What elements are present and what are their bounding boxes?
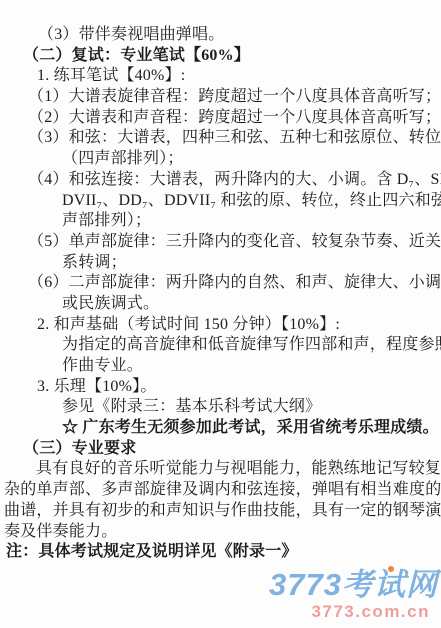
text-line: 声部排列）；	[0, 211, 441, 232]
text-line: 系转调；	[0, 253, 441, 274]
text-line: （二）复试：专业笔试【60%】	[0, 46, 441, 67]
document-page: （3）带伴奏视唱曲弹唱。（二）复试：专业笔试【60%】1. 练耳笔试【40%】:…	[0, 0, 441, 628]
text-line: （四声部排列）；	[0, 149, 441, 170]
watermark-dot-icon	[388, 566, 394, 572]
text-line: （6）二声部旋律：两升降内的自然、和声、旋律大、小调	[0, 273, 441, 294]
text-line: 为指定的高音旋律和低音旋律写作四部和声，程度参照	[0, 335, 441, 356]
text-line: 具有良好的音乐听觉能力与视唱能力，能熟练地记写较复	[0, 459, 441, 480]
text-line: （4）和弦连接：大谱表，两升降内的大、小调。含 D₇、SII₇、	[0, 170, 441, 191]
watermark-site-url: 3773.com.cn	[269, 603, 430, 620]
text-line: 杂的单声部、多声部旋律及调内和弦连接，弹唱有相当难度的	[0, 480, 441, 501]
text-line: （5）单声部旋律：三升降内的变化音、较复杂节奏、近关	[0, 232, 441, 253]
text-line: 2. 和声基础（考试时间 150 分钟）【10%】:	[0, 315, 441, 336]
text-line: 曲谱，并具有初步的和声知识与作曲技能，具有一定的钢琴演	[0, 501, 441, 522]
text-line: 或民族调式。	[0, 294, 441, 315]
text-line: 1. 练耳笔试【40%】:	[0, 66, 441, 87]
text-line: 3. 乐理【10%】。	[0, 377, 441, 398]
text-line: （3）带伴奏视唱曲弹唱。	[0, 25, 441, 46]
text-line: （1）大谱表旋律音程：跨度超过一个八度具体音高听写；	[0, 87, 441, 108]
text-line: DVII₇、DD₇、DDVII₇ 和弦的原、转位，终止四六和弦（四	[0, 191, 441, 212]
text-line: （2）大谱表和声音程：跨度超过一个八度具体音高听写；	[0, 108, 441, 129]
document-lines: （3）带伴奏视唱曲弹唱。（二）复试：专业笔试【60%】1. 练耳笔试【40%】:…	[0, 0, 441, 563]
text-line: ☆ 广东考生无须参加此考试，采用省统考乐理成绩。	[0, 418, 441, 439]
text-line: （3）和弦：大谱表，四种三和弦、五种七和弦原位、转位	[0, 128, 441, 149]
text-line: 作曲专业。	[0, 356, 441, 377]
text-line: 注：具体考试规定及说明详见《附录一》	[0, 542, 441, 563]
text-line: （三）专业要求	[0, 439, 441, 460]
text-line: 奏及伴奏能力。	[0, 522, 441, 543]
watermark-site-name: 3773考试网	[269, 569, 438, 600]
text-line: 参见《附录三：基本乐科考试大纲》	[0, 397, 441, 418]
watermark: 3773考试网 3773.com.cn	[269, 569, 438, 620]
